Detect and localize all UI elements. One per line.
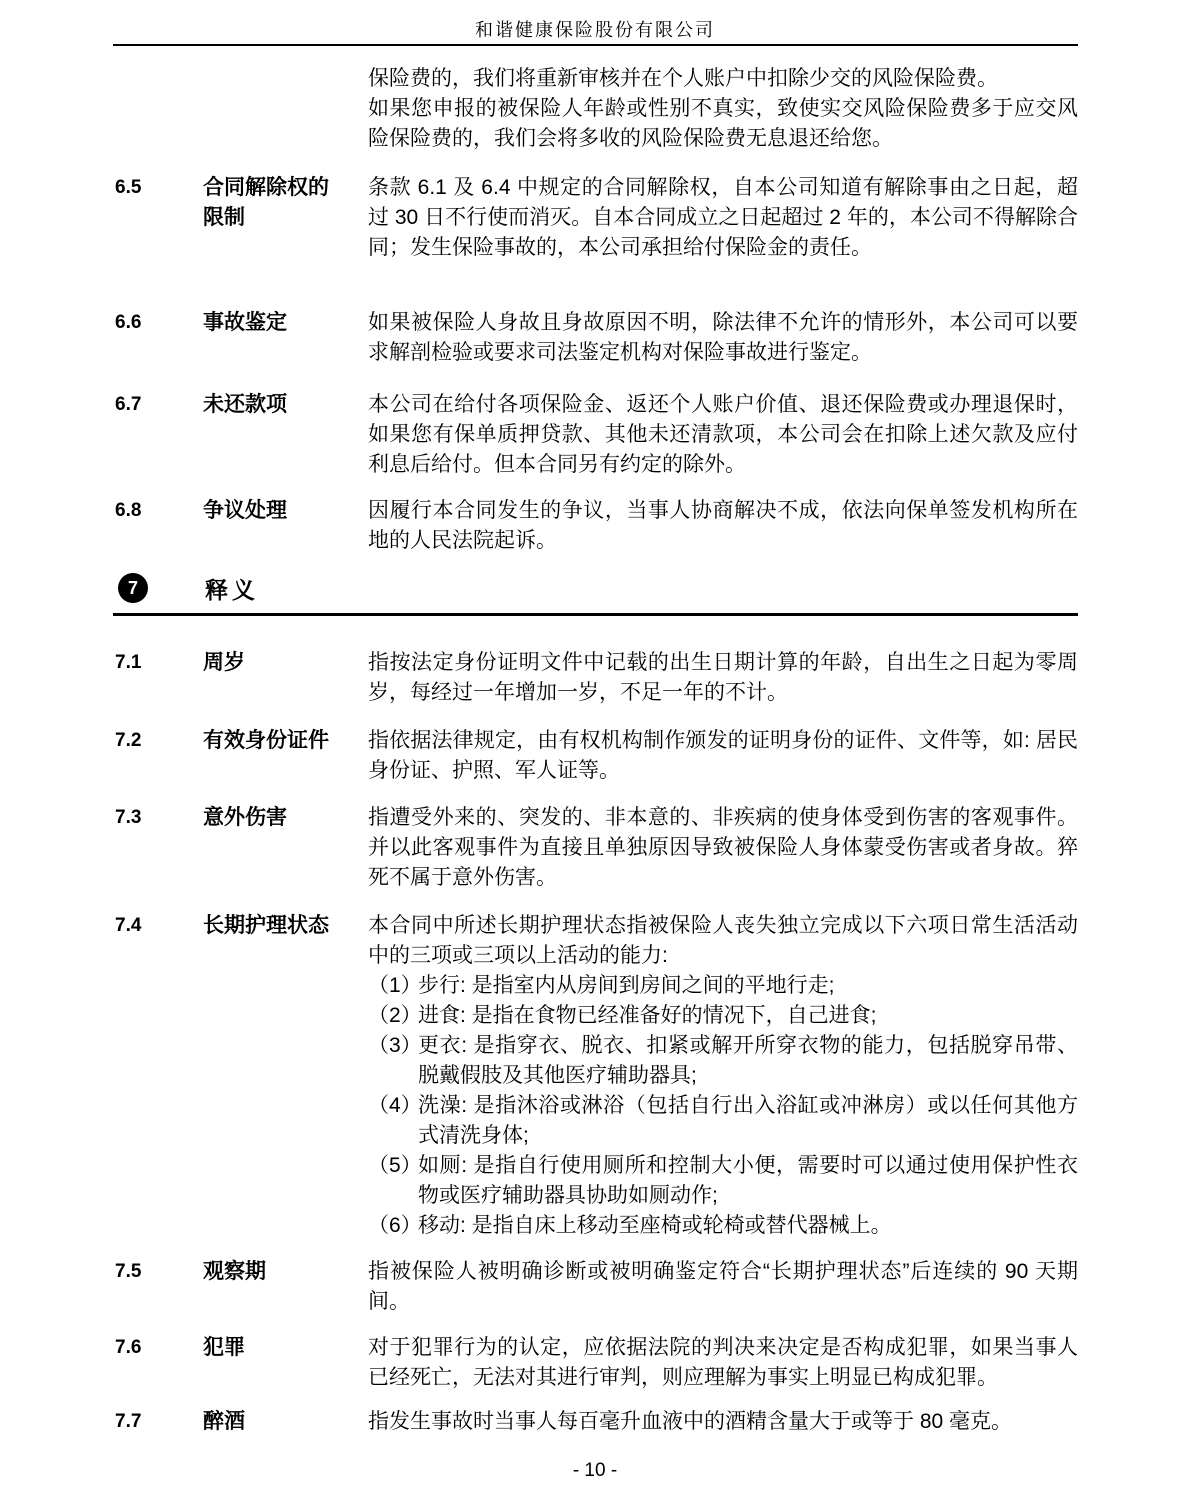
- clause-number: 7.4: [115, 911, 203, 941]
- section-title: 释义: [205, 572, 259, 605]
- clause-row-7-6: 7.6 犯罪 对于犯罪行为的认定，应依据法院的判决来决定是否构成犯罪，如果当事人…: [115, 1333, 1078, 1393]
- page-footer: - 10 -: [0, 1460, 1190, 1482]
- clause-number: 7.3: [115, 803, 203, 833]
- header-divider: [113, 44, 1078, 46]
- clause-term: 观察期: [203, 1257, 368, 1287]
- clause-row-6-5: 6.5 合同解除权的限制 条款 6.1 及 6.4 中规定的合同解除权，自本公司…: [115, 173, 1078, 263]
- list-item-text: 进食: 是指在食物已经准备好的情况下，自己进食;: [418, 1001, 1078, 1031]
- clause-term: 长期护理状态: [203, 911, 368, 941]
- clause-row-7-3: 7.3 意外伤害 指遭受外来的、突发的、非本意的、非疾病的使身体受到伤害的客观事…: [115, 803, 1078, 893]
- list-item-text: 更衣: 是指穿衣、脱衣、扣紧或解开所穿衣物的能力，包括脱穿吊带、脱戴假肢及其他医…: [418, 1031, 1078, 1091]
- document-header: 和谐健康保险股份有限公司: [0, 0, 1190, 46]
- clause-text: 指按法定身份证明文件中记载的出生日期计算的年龄，自出生之日起为零周岁，每经过一年…: [368, 648, 1078, 708]
- clause-row-7-5: 7.5 观察期 指被保险人被明确诊断或被明确鉴定符合“长期护理状态”后连续的 9…: [115, 1257, 1078, 1317]
- clause-row-7-1: 7.1 周岁 指按法定身份证明文件中记载的出生日期计算的年龄，自出生之日起为零周…: [115, 648, 1078, 708]
- page-number: - 10 -: [573, 1460, 617, 1481]
- clause-row-7-4: 7.4 长期护理状态 本合同中所述长期护理状态指被保险人丧失独立完成以下六项日常…: [115, 911, 1078, 1241]
- list-item-text: 步行: 是指室内从房间到房间之间的平地行走;: [418, 971, 1078, 1001]
- clause-term: 犯罪: [203, 1333, 368, 1363]
- continuation-paragraph-row: 保险费的，我们将重新审核并在个人账户中扣除少交的风险保险费。 如果您申报的被保险…: [115, 64, 1078, 154]
- clause-number: 6.7: [115, 390, 203, 420]
- document-page: 和谐健康保险股份有限公司 保险费的，我们将重新审核并在个人账户中扣除少交的风险保…: [0, 0, 1190, 1495]
- clause-row-6-8: 6.8 争议处理 因履行本合同发生的争议，当事人协商解决不成，依法向保单签发机构…: [115, 496, 1078, 556]
- clause-term: 醉酒: [203, 1407, 368, 1437]
- clause-text: 因履行本合同发生的争议，当事人协商解决不成，依法向保单签发机构所在地的人民法院起…: [368, 496, 1078, 556]
- clause-term: 有效身份证件: [203, 726, 368, 756]
- company-name: 和谐健康保险股份有限公司: [0, 19, 1190, 41]
- section-number: 7: [128, 578, 138, 599]
- list-item: （3） 更衣: 是指穿衣、脱衣、扣紧或解开所穿衣物的能力，包括脱穿吊带、脱戴假肢…: [368, 1031, 1078, 1091]
- clause-text: 指被保险人被明确诊断或被明确鉴定符合“长期护理状态”后连续的 90 天期间。: [368, 1257, 1078, 1317]
- list-item-marker: （2）: [368, 1001, 418, 1031]
- list-item: （1） 步行: 是指室内从房间到房间之间的平地行走;: [368, 971, 1078, 1001]
- clause-row-7-7: 7.7 醉酒 指发生事故时当事人每百毫升血液中的酒精含量大于或等于 80 毫克。: [115, 1407, 1078, 1437]
- clause-number: 7.1: [115, 648, 203, 678]
- clause-term: 周岁: [203, 648, 368, 678]
- clause-text: 本公司在给付各项保险金、返还个人账户价值、退还保险费或办理退保时，如果您有保单质…: [368, 390, 1078, 480]
- daily-activity-list: （1） 步行: 是指室内从房间到房间之间的平地行走; （2） 进食: 是指在食物…: [368, 971, 1078, 1241]
- clause-number: 6.8: [115, 496, 203, 526]
- paragraph: 如果您申报的被保险人年龄或性别不真实，致使实交风险保险费多于应交风险保险费的，我…: [368, 94, 1078, 154]
- section-7-heading: 7 释义: [115, 572, 1078, 604]
- list-item-marker: （1）: [368, 971, 418, 1001]
- clause-text: 条款 6.1 及 6.4 中规定的合同解除权，自本公司知道有解除事由之日起，超过…: [368, 173, 1078, 263]
- list-item-marker: （6）: [368, 1211, 418, 1241]
- clause-term: 合同解除权的限制: [203, 173, 368, 233]
- continuation-text: 保险费的，我们将重新审核并在个人账户中扣除少交的风险保险费。 如果您申报的被保险…: [368, 64, 1078, 154]
- clause-term: 事故鉴定: [203, 308, 368, 338]
- list-item: （6） 移动: 是指自床上移动至座椅或轮椅或替代器械上。: [368, 1211, 1078, 1241]
- clause-text: 指遭受外来的、突发的、非本意的、非疾病的使身体受到伤害的客观事件。并以此客观事件…: [368, 803, 1078, 893]
- list-item: （2） 进食: 是指在食物已经准备好的情况下，自己进食;: [368, 1001, 1078, 1031]
- clause-term: 意外伤害: [203, 803, 368, 833]
- section-divider: [113, 613, 1078, 616]
- clause-text-group: 本合同中所述长期护理状态指被保险人丧失独立完成以下六项日常生活活动中的三项或三项…: [368, 911, 1078, 1241]
- clause-number: 6.6: [115, 308, 203, 338]
- clause-row-7-2: 7.2 有效身份证件 指依据法律规定，由有权机构制作颁发的证明身份的证件、文件等…: [115, 726, 1078, 786]
- list-item: （4） 洗澡: 是指沐浴或淋浴（包括自行出入浴缸或冲淋房）或以任何其他方式清洗身…: [368, 1091, 1078, 1151]
- clause-term: 争议处理: [203, 496, 368, 526]
- list-item-text: 移动: 是指自床上移动至座椅或轮椅或替代器械上。: [418, 1211, 1078, 1241]
- section-number-badge: 7: [118, 573, 148, 603]
- list-item-marker: （5）: [368, 1151, 418, 1181]
- clause-term: 未还款项: [203, 390, 368, 420]
- clause-number: 7.5: [115, 1257, 203, 1287]
- clause-number: 7.7: [115, 1407, 203, 1437]
- paragraph: 保险费的，我们将重新审核并在个人账户中扣除少交的风险保险费。: [368, 64, 1078, 94]
- list-item: （5） 如厕: 是指自行使用厕所和控制大小便，需要时可以通过使用保护性衣物或医疗…: [368, 1151, 1078, 1211]
- list-item-marker: （4）: [368, 1091, 418, 1121]
- clause-text: 本合同中所述长期护理状态指被保险人丧失独立完成以下六项日常生活活动中的三项或三项…: [368, 911, 1078, 971]
- clause-number: 6.5: [115, 173, 203, 203]
- clause-row-6-7: 6.7 未还款项 本公司在给付各项保险金、返还个人账户价值、退还保险费或办理退保…: [115, 390, 1078, 480]
- document-body: 保险费的，我们将重新审核并在个人账户中扣除少交的风险保险费。 如果您申报的被保险…: [0, 64, 1190, 1437]
- clause-number: 7.6: [115, 1333, 203, 1363]
- clause-text: 对于犯罪行为的认定，应依据法院的判决来决定是否构成犯罪，如果当事人已经死亡，无法…: [368, 1333, 1078, 1393]
- clause-row-6-6: 6.6 事故鉴定 如果被保险人身故且身故原因不明，除法律不允许的情形外，本公司可…: [115, 308, 1078, 368]
- clause-text: 指发生事故时当事人每百毫升血液中的酒精含量大于或等于 80 毫克。: [368, 1407, 1078, 1437]
- clause-text: 指依据法律规定，由有权机构制作颁发的证明身份的证件、文件等，如: 居民身份证、护…: [368, 726, 1078, 786]
- clause-number: 7.2: [115, 726, 203, 756]
- clause-text: 如果被保险人身故且身故原因不明，除法律不允许的情形外，本公司可以要求解剖检验或要…: [368, 308, 1078, 368]
- list-item-marker: （3）: [368, 1031, 418, 1061]
- list-item-text: 洗澡: 是指沐浴或淋浴（包括自行出入浴缸或冲淋房）或以任何其他方式清洗身体;: [418, 1091, 1078, 1151]
- list-item-text: 如厕: 是指自行使用厕所和控制大小便，需要时可以通过使用保护性衣物或医疗辅助器具…: [418, 1151, 1078, 1211]
